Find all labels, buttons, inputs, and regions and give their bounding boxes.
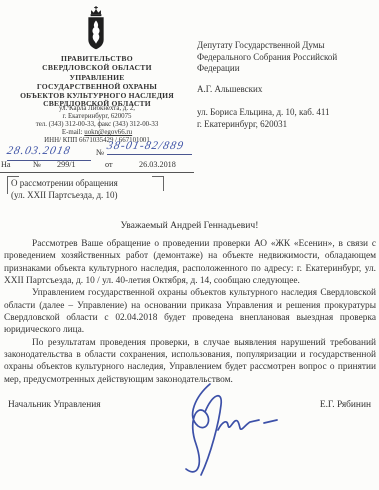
letterhead-department: УПРАВЛЕНИЕ ГОСУДАРСТВЕННОЙ ОХРАНЫ ОБЪЕКТ…: [0, 74, 194, 109]
body-paragraph: Рассмотрев Ваше обращение о проведении п…: [4, 238, 376, 287]
government-line: ПРАВИТЕЛЬСТВО: [4, 54, 190, 63]
addressee-line: Федерации: [197, 63, 377, 75]
outgoing-reference-row: 28.03.2018 № 38-01-82/889: [7, 141, 192, 159]
scanned-letter-page: ПРАВИТЕЛЬСТВО СВЕРДЛОВСКОЙ ОБЛАСТИ УПРАВ…: [0, 0, 379, 490]
signer-position: Начальник Управления: [8, 400, 101, 410]
addressee-city: г. Екатеринбург, 620031: [197, 118, 379, 130]
reply-number-sign: №: [33, 160, 41, 169]
street-address: ул. Карла Либкнехта, д. 2,: [4, 105, 190, 113]
reply-number: 299/1: [57, 160, 76, 169]
addressee-line: Федерального Собрания Российской: [197, 52, 377, 64]
subject-line: О рассмотрении обращения: [11, 178, 171, 190]
addressee-name: А.Г. Альшевских: [197, 84, 377, 94]
addressee-address: ул. Бориса Ельцина, д. 10, каб. 411 г. Е…: [197, 106, 379, 130]
handwritten-signature-icon: [148, 378, 278, 480]
letterhead-government: ПРАВИТЕЛЬСТВО СВЕРДЛОВСКОЙ ОБЛАСТИ: [4, 54, 190, 72]
government-line: СВЕРДЛОВСКОЙ ОБЛАСТИ: [4, 63, 190, 72]
outgoing-date-handwritten: 28.03.2018: [7, 141, 91, 161]
reply-date: 26.03.2018: [139, 160, 176, 169]
letter-body: Рассмотрев Ваше обращение о проведении п…: [4, 238, 376, 386]
email-line: E-mail: uokn@egov66.ru: [4, 129, 190, 137]
number-sign: №: [96, 147, 104, 157]
city-address: г. Екатеринбург, 620075: [4, 113, 190, 121]
salutation: Уважаемый Андрей Геннадьевич!: [0, 220, 379, 231]
addressee-line: Депутату Государственной Думы: [197, 40, 377, 52]
addressee-street: ул. Бориса Ельцина, д. 10, каб. 411: [197, 106, 379, 118]
reply-prefix: На: [1, 160, 11, 169]
outgoing-number-handwritten: 38-01-82/889: [107, 140, 192, 155]
body-paragraph: Управлением государственной охраны объек…: [4, 287, 376, 336]
incoming-reference-row: На № 299/1 от 26.03.2018: [0, 159, 194, 173]
signer-name: Е.Г. Рябинин: [320, 400, 371, 410]
subject-block: О рассмотрении обращения (ул. XXII Партс…: [11, 178, 171, 201]
reply-from-label: от: [105, 160, 113, 169]
email-label: E-mail:: [62, 129, 84, 136]
addressee-title: Депутату Государственной Думы Федерально…: [197, 40, 377, 75]
phone-fax: тел. (343) 312-00-33, факс (343) 312-00-…: [4, 121, 190, 129]
coat-of-arms-icon: [78, 5, 114, 53]
subject-line: (ул. XXII Партсъезда, д. 10): [11, 190, 171, 202]
email-address: uokn@egov66.ru: [84, 129, 132, 136]
